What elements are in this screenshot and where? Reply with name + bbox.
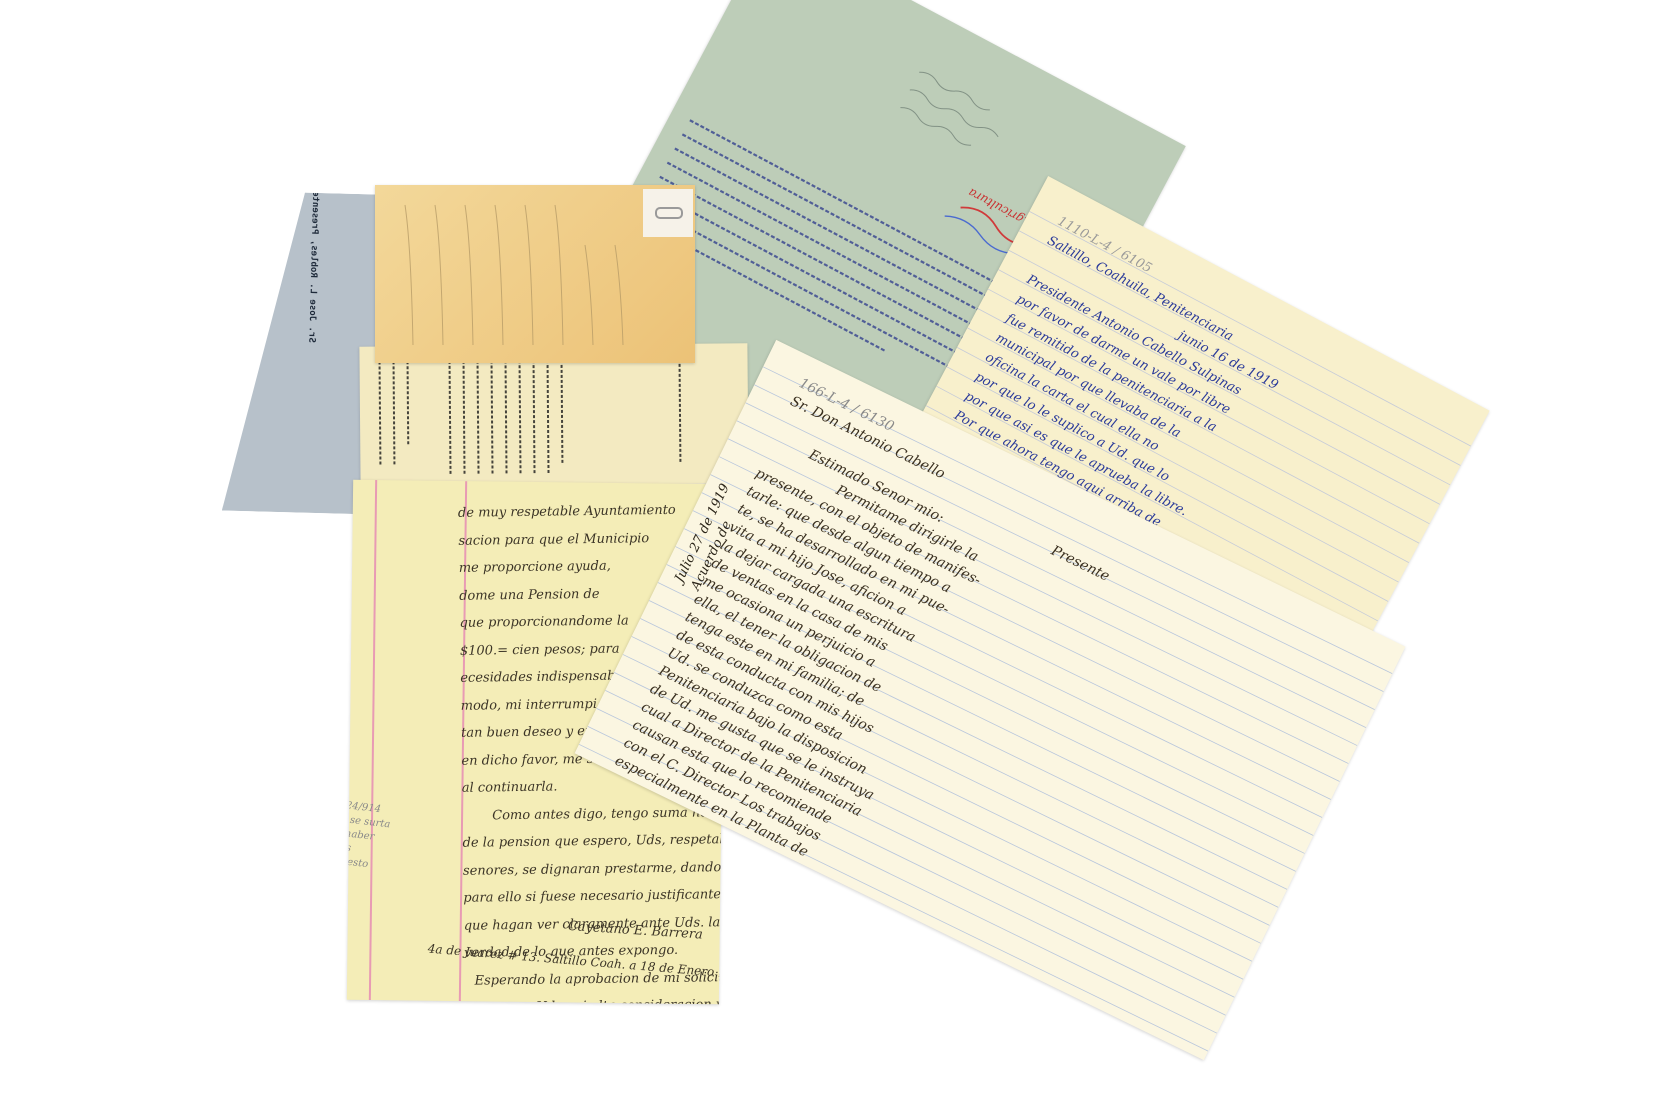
- margin-line-left: [369, 480, 377, 1000]
- body-line: de la pension que espero, Uds, respetabl…: [462, 825, 725, 858]
- body-line: senores, se dignaran prestarme, dando: [463, 852, 725, 885]
- body-line: de muy respetable Ayuntamiento: [458, 495, 725, 528]
- typed-address: Sr. Jose L. Robles, Presente, Coah.: [306, 191, 321, 343]
- orange-note-card: [375, 185, 695, 363]
- paper-clip-icon: [655, 207, 683, 219]
- margin-note: Enero 24/914 Que no se surta por no habe…: [347, 795, 393, 874]
- cream-typed-memo: [359, 343, 748, 486]
- body-line: para ello si fuese necesario justificant…: [463, 880, 725, 913]
- typed-columns: [359, 343, 748, 486]
